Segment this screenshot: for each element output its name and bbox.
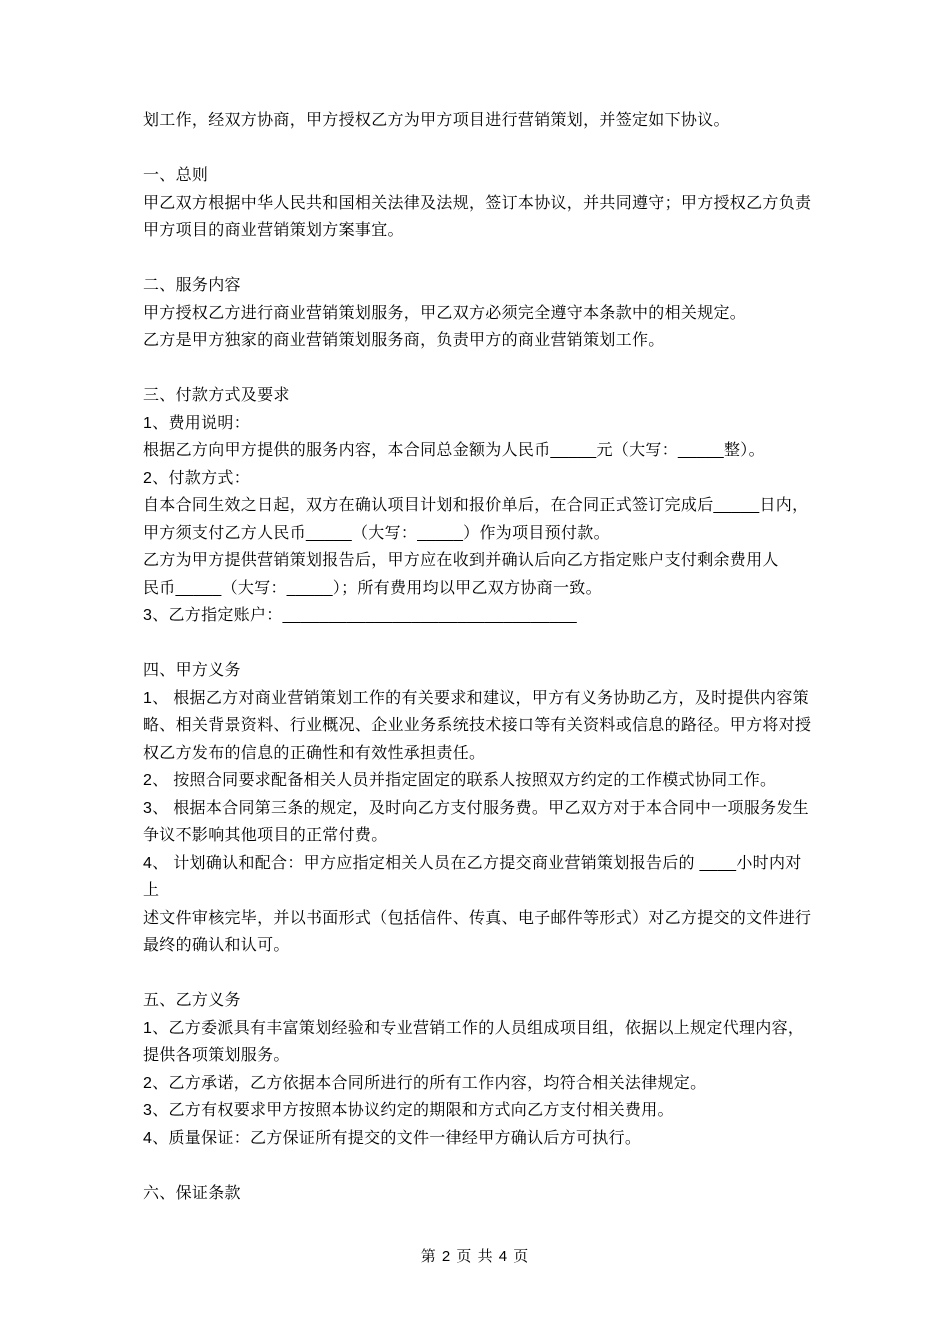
- paragraph-line: 4、 计划确认和配合：甲方应指定相关人员在乙方提交商业营销策划报告后的 ____…: [143, 850, 833, 878]
- document-body: 划工作，经双方协商，甲方授权乙方为甲方项目进行营销策划，并签定如下协议。一、总则…: [143, 107, 833, 1207]
- paragraph-line: 2、乙方承诺，乙方依据本合同所进行的所有工作内容，均符合相关法律规定。: [143, 1070, 833, 1098]
- section-heading: 六、保证条款: [143, 1180, 833, 1208]
- paragraph-line: 1、费用说明：: [143, 410, 833, 438]
- paragraph-line: 乙方是甲方独家的商业营销策划服务商，负责甲方的商业营销策划工作。: [143, 327, 833, 355]
- blank-line: [143, 960, 833, 988]
- section-heading: 二、服务内容: [143, 272, 833, 300]
- paragraph-line: 提供各项策划服务。: [143, 1042, 833, 1070]
- blank-line: [143, 1152, 833, 1180]
- section-heading: 四、甲方义务: [143, 657, 833, 685]
- paragraph-line: 略、相关背景资料、行业概况、企业业务系统技术接口等有关资料或信息的路径。甲方将对…: [143, 712, 833, 740]
- paragraph-line: 甲方项目的商业营销策划方案事宜。: [143, 217, 833, 245]
- section-heading: 五、乙方义务: [143, 987, 833, 1015]
- paragraph-line: 上: [143, 877, 833, 905]
- section-heading: 一、总则: [143, 162, 833, 190]
- paragraph-line: 最终的确认和认可。: [143, 932, 833, 960]
- paragraph-line: 划工作，经双方协商，甲方授权乙方为甲方项目进行营销策划，并签定如下协议。: [143, 107, 833, 135]
- paragraph-line: 争议不影响其他项目的正常付费。: [143, 822, 833, 850]
- paragraph-line: 甲方须支付乙方人民币_____（大写：_____）作为项目预付款。: [143, 520, 833, 548]
- blank-line: [143, 245, 833, 273]
- paragraph-line: 3、乙方指定账户：_______________________________…: [143, 602, 833, 630]
- paragraph-line: 1、 根据乙方对商业营销策划工作的有关要求和建议，甲方有义务协助乙方，及时提供内…: [143, 685, 833, 713]
- blank-line: [143, 135, 833, 163]
- paragraph-line: 自本合同生效之日起，双方在确认项目计划和报价单后，在合同正式签订完成后_____…: [143, 492, 833, 520]
- section-heading: 三、付款方式及要求: [143, 382, 833, 410]
- blank-line: [143, 355, 833, 383]
- blank-line: [143, 630, 833, 658]
- paragraph-line: 2、 按照合同要求配备相关人员并指定固定的联系人按照双方约定的工作模式协同工作。: [143, 767, 833, 795]
- document-page: 划工作，经双方协商，甲方授权乙方为甲方项目进行营销策划，并签定如下协议。一、总则…: [0, 0, 950, 1344]
- paragraph-line: 权乙方发布的信息的正确性和有效性承担责任。: [143, 740, 833, 768]
- paragraph-line: 1、乙方委派具有丰富策划经验和专业营销工作的人员组成项目组，依据以上规定代理内容…: [143, 1015, 833, 1043]
- paragraph-line: 乙方为甲方提供营销策划报告后，甲方应在收到并确认后向乙方指定账户支付剩余费用人: [143, 547, 833, 575]
- paragraph-line: 民币_____（大写：_____）；所有费用均以甲乙双方协商一致。: [143, 575, 833, 603]
- paragraph-line: 3、乙方有权要求甲方按照本协议约定的期限和方式向乙方支付相关费用。: [143, 1097, 833, 1125]
- page-number-footer: 第 2 页 共 4 页: [0, 1248, 950, 1266]
- paragraph-line: 甲方授权乙方进行商业营销策划服务，甲乙双方必须完全遵守本条款中的相关规定。: [143, 300, 833, 328]
- paragraph-line: 3、 根据本合同第三条的规定，及时向乙方支付服务费。甲乙双方对于本合同中一项服务…: [143, 795, 833, 823]
- paragraph-line: 根据乙方向甲方提供的服务内容，本合同总金额为人民币_____元（大写：_____…: [143, 437, 833, 465]
- paragraph-line: 甲乙双方根据中华人民共和国相关法律及法规，签订本协议，并共同遵守；甲方授权乙方负…: [143, 190, 833, 218]
- paragraph-line: 2、付款方式：: [143, 465, 833, 493]
- paragraph-line: 4、质量保证：乙方保证所有提交的文件一律经甲方确认后方可执行。: [143, 1125, 833, 1153]
- paragraph-line: 述文件审核完毕，并以书面形式（包括信件、传真、电子邮件等形式）对乙方提交的文件进…: [143, 905, 833, 933]
